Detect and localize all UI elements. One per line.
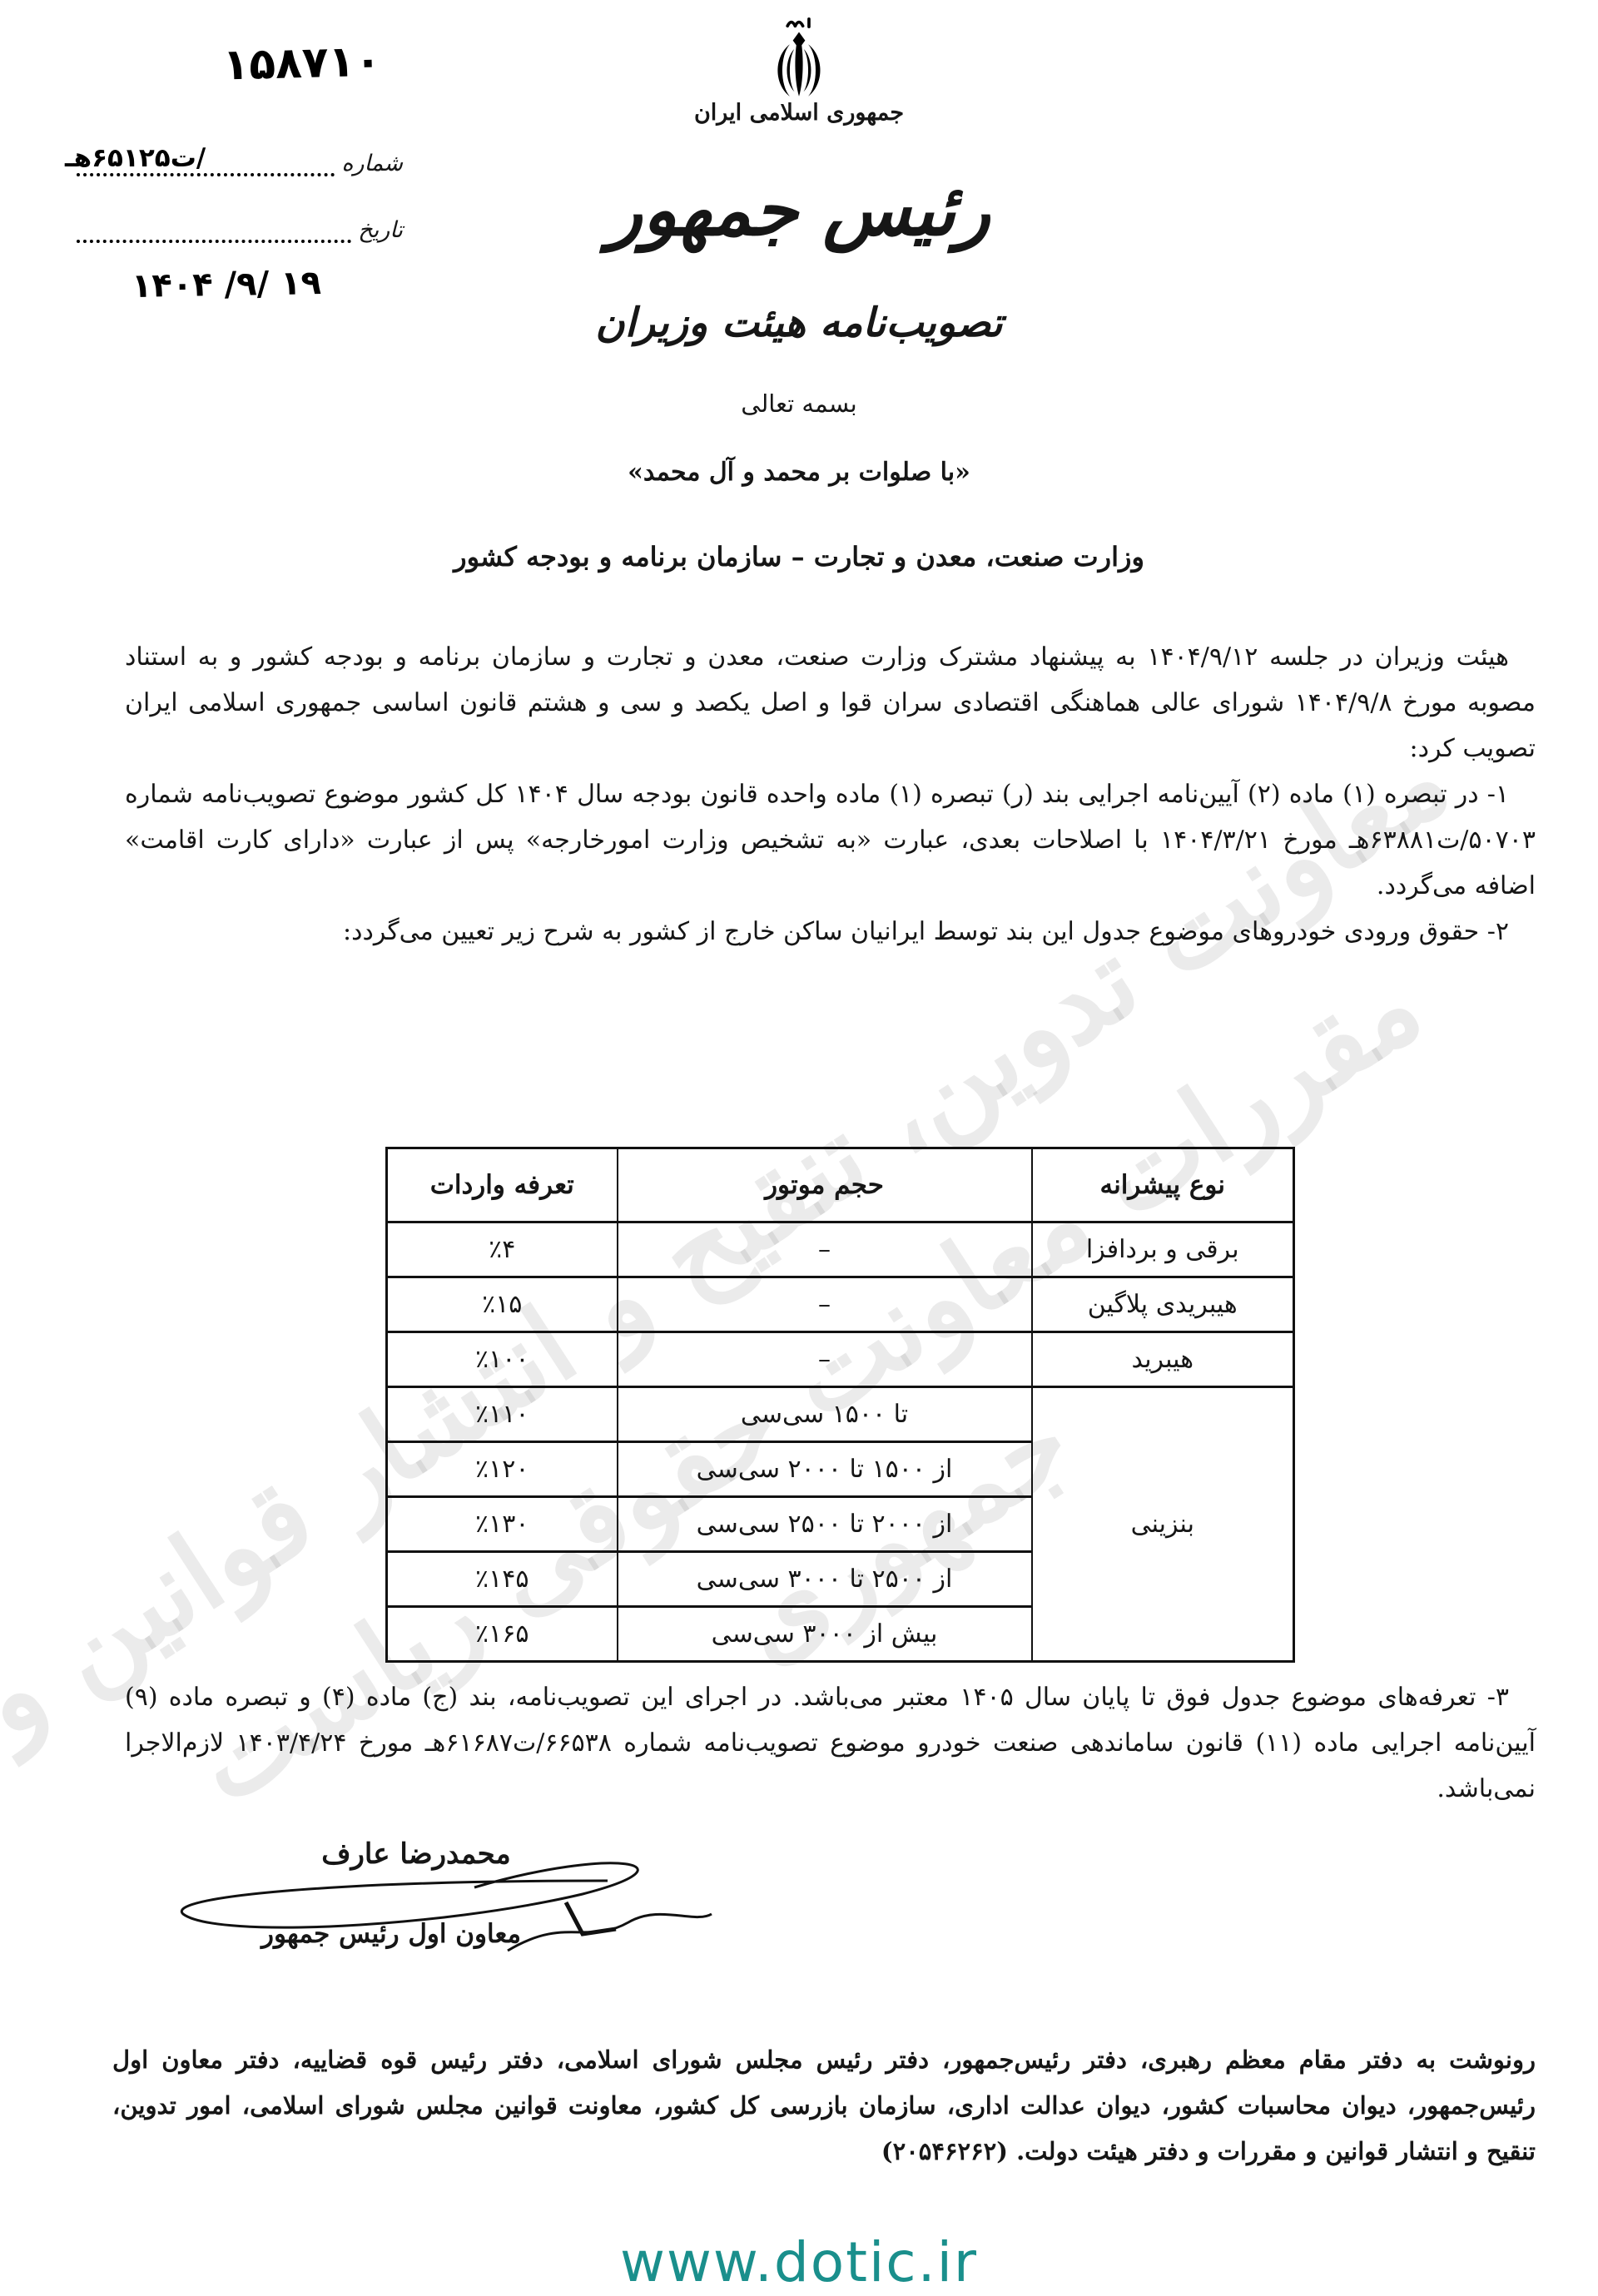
tariff-cell: ٪۱۵ xyxy=(387,1277,618,1332)
engine-volume-cell: – xyxy=(618,1332,1032,1387)
clause-3-paragraph: ۳- تعرفه‌های موضوع جدول فوق تا پایان سال… xyxy=(125,1674,1536,1812)
table-row: برقی و بردافزا – ٪۴ xyxy=(387,1222,1294,1277)
signer-name: محمدرضا عارف xyxy=(225,1837,608,1871)
clause-1-paragraph: ۱- در تبصره (۱) ماده (۲) آیین‌نامه اجرای… xyxy=(125,771,1536,909)
engine-volume-cell: از ۲۰۰۰ تا ۲۵۰۰ سی‌سی xyxy=(618,1497,1032,1552)
engine-volume-cell: از ۲۵۰۰ تا ۳۰۰۰ سی‌سی xyxy=(618,1552,1032,1607)
table-row: بنزینی تا ۱۵۰۰ سی‌سی ٪۱۱۰ xyxy=(387,1387,1294,1442)
signer-title: معاون اول رئیس جمهور xyxy=(125,1919,658,1949)
table-header-row: نوع پیشرانه حجم موتور تعرفه واردات xyxy=(387,1148,1294,1222)
engine-volume-cell: بیش از ۳۰۰۰ سی‌سی xyxy=(618,1607,1032,1662)
addressee-line: وزارت صنعت، معدن و تجارت – سازمان برنامه… xyxy=(0,541,1598,573)
country-title: جمهوری اسلامی ایران xyxy=(0,100,1598,126)
decree-body-text-continued: ۳- تعرفه‌های موضوع جدول فوق تا پایان سال… xyxy=(125,1674,1536,1812)
copy-distribution-paragraph: رونوشت به دفتر مقام معظم رهبری، دفتر رئی… xyxy=(112,2037,1536,2175)
tariff-cell: ٪۱۱۰ xyxy=(387,1387,618,1442)
stamped-decree-number: ۱۵۸۷۱۰ xyxy=(97,37,381,94)
tariff-table-container: نوع پیشرانه حجم موتور تعرفه واردات برقی … xyxy=(385,1147,1293,1663)
table-row: هیبرید – ٪۱۰۰ xyxy=(387,1332,1294,1387)
engine-type-cell: هیبریدی پلاگین xyxy=(1032,1277,1294,1332)
preamble-paragraph: هیئت وزیران در جلسه ۱۴۰۴/۹/۱۲ به پیشنهاد… xyxy=(125,634,1536,771)
tariff-cell: ٪۱۲۰ xyxy=(387,1442,618,1497)
document-type-calligraphy: تصویب‌نامه هیئت وزیران xyxy=(0,290,1598,356)
president-calligraphy: رئیس جمهور xyxy=(0,148,1598,273)
salutation-line: «با صلوات بر محمد و آل محمد» xyxy=(0,458,1598,487)
besmeh-taala-line: بسمه تعالی xyxy=(0,389,1598,418)
tariff-cell: ٪۱۰۰ xyxy=(387,1332,618,1387)
column-header-import-tariff: تعرفه واردات xyxy=(387,1148,618,1222)
table-row: هیبریدی پلاگین – ٪۱۵ xyxy=(387,1277,1294,1332)
signature-block: محمدرضا عارف معاون اول رئیس جمهور xyxy=(125,1837,658,1949)
tariff-cell: ٪۱۶۵ xyxy=(387,1607,618,1662)
tariff-cell: ٪۱۳۰ xyxy=(387,1497,618,1552)
engine-type-cell: برقی و بردافزا xyxy=(1032,1222,1294,1277)
tariff-cell: ٪۴ xyxy=(387,1222,618,1277)
clause-2-paragraph: ۲- حقوق ورودی خودروهای موضوع جدول این بن… xyxy=(125,909,1536,955)
decree-body-text: هیئت وزیران در جلسه ۱۴۰۴/۹/۱۲ به پیشنهاد… xyxy=(125,634,1536,955)
engine-volume-cell: از ۱۵۰۰ تا ۲۰۰۰ سی‌سی xyxy=(618,1442,1032,1497)
car-import-tariff-table: نوع پیشرانه حجم موتور تعرفه واردات برقی … xyxy=(385,1147,1295,1663)
column-header-engine-type: نوع پیشرانه xyxy=(1032,1148,1294,1222)
engine-volume-cell: – xyxy=(618,1222,1032,1277)
decree-document-page: معاونت تدوین، تنقیح و انتشار قوانین و مق… xyxy=(0,0,1598,2296)
column-header-engine-volume: حجم موتور xyxy=(618,1148,1032,1222)
tariff-cell: ٪۱۴۵ xyxy=(387,1552,618,1607)
engine-type-cell: هیبرید xyxy=(1032,1332,1294,1387)
dotic-site-watermark: www.dotic.ir xyxy=(0,2230,1598,2294)
engine-type-cell-merged: بنزینی xyxy=(1032,1387,1294,1662)
engine-volume-cell: تا ۱۵۰۰ سی‌سی xyxy=(618,1387,1032,1442)
engine-volume-cell: – xyxy=(618,1277,1032,1332)
